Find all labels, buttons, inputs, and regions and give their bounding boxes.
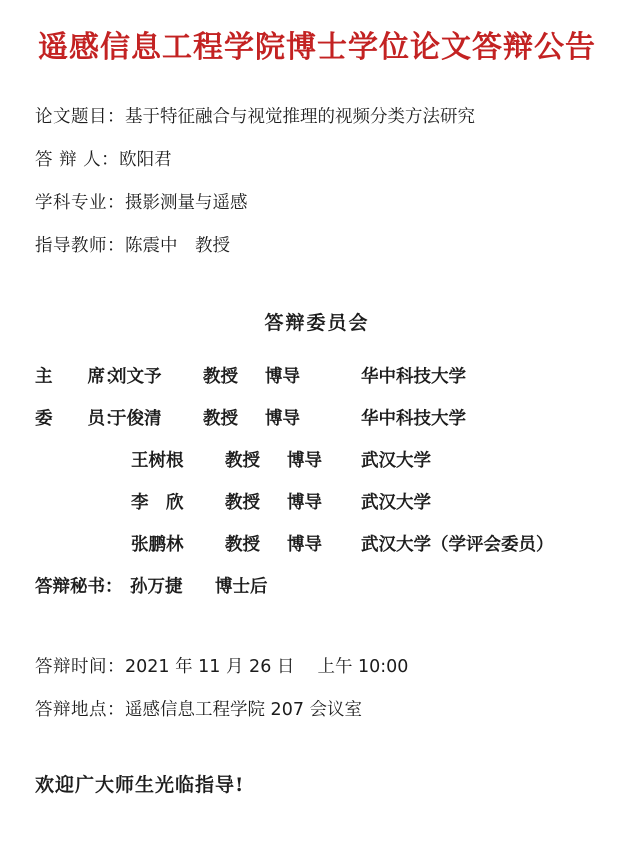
- defense-venue-label: 答辩地点：: [35, 700, 125, 720]
- secretary-row: 答辩秘书： 孙万捷 博士后: [35, 575, 599, 599]
- committee-heading: 答辩委员会: [35, 308, 599, 335]
- committee-row-chair: 主 席： 刘文予 教授 博导 华中科技大学: [35, 365, 599, 389]
- defense-time-value: 2021 年 11 月 26 日 上午 10:00: [125, 657, 408, 677]
- major-label: 学科专业：: [35, 193, 125, 213]
- committee-member-affiliation: 武汉大学（学评会委员）: [361, 533, 599, 557]
- committee-member-affiliation: 华中科技大学: [361, 365, 599, 389]
- committee-row-member: 王树根 教授 博导 武汉大学: [35, 449, 599, 473]
- committee-member-name: 王树根: [131, 449, 225, 473]
- defense-time-label: 答辩时间：: [35, 657, 125, 677]
- secretary-label: 答辩秘书：: [35, 575, 130, 599]
- major-row: 学科专业：摄影测量与遥感: [35, 191, 599, 215]
- defense-venue-value: 遥感信息工程学院 207 会议室: [125, 700, 362, 720]
- committee-role: 主 席：: [35, 365, 109, 389]
- committee-member-affiliation: 华中科技大学: [361, 407, 599, 431]
- secretary-title: 博士后: [215, 575, 268, 599]
- advisor-value: 陈震中 教授: [125, 236, 230, 256]
- info-section: 论文题目：基于特征融合与视觉推理的视频分类方法研究 答 辩 人：欧阳君 学科专业…: [35, 105, 599, 258]
- page-title: 遥感信息工程学院博士学位论文答辩公告: [35, 28, 599, 69]
- committee-member-title: 教授: [225, 449, 287, 473]
- defense-time-row: 答辩时间：2021 年 11 月 26 日 上午 10:00: [35, 655, 599, 679]
- welcome-note: 欢迎广大师生光临指导!: [35, 770, 599, 797]
- committee-member-name: 刘文予: [109, 365, 203, 389]
- defense-announcement-page: 遥感信息工程学院博士学位论文答辩公告 论文题目：基于特征融合与视觉推理的视频分类…: [0, 0, 633, 855]
- committee-member-supervisor: 博导: [265, 365, 361, 389]
- committee-role: 委 员：: [35, 407, 109, 431]
- committee-member-title: 教授: [225, 491, 287, 515]
- committee-row-member: 李 欣 教授 博导 武汉大学: [35, 491, 599, 515]
- committee-role: [35, 491, 109, 515]
- candidate-row: 答 辩 人：欧阳君: [35, 148, 599, 172]
- secretary-name: 孙万捷: [130, 575, 215, 599]
- committee-row-member: 委 员： 于俊清 教授 博导 华中科技大学: [35, 407, 599, 431]
- defense-venue-row: 答辩地点：遥感信息工程学院 207 会议室: [35, 698, 599, 722]
- committee-member-affiliation: 武汉大学: [361, 449, 599, 473]
- committee-table: 主 席： 刘文予 教授 博导 华中科技大学 委 员： 于俊清 教授 博导 华中科…: [35, 365, 599, 599]
- committee-member-name: 张鹏林: [131, 533, 225, 557]
- thesis-title-label: 论文题目：: [35, 107, 125, 127]
- committee-member-title: 教授: [203, 365, 265, 389]
- committee-member-title: 教授: [203, 407, 265, 431]
- candidate-label: 答 辩 人：: [35, 150, 119, 170]
- committee-member-supervisor: 博导: [287, 491, 383, 515]
- committee-role: [35, 533, 109, 557]
- committee-member-supervisor: 博导: [287, 533, 383, 557]
- committee-member-name: 李 欣: [131, 491, 225, 515]
- committee-member-name: 于俊清: [109, 407, 203, 431]
- committee-member-supervisor: 博导: [287, 449, 383, 473]
- committee-role: [35, 449, 109, 473]
- committee-member-affiliation: 武汉大学: [361, 491, 599, 515]
- committee-member-title: 教授: [225, 533, 287, 557]
- advisor-label: 指导教师：: [35, 236, 125, 256]
- major-value: 摄影测量与遥感: [125, 193, 248, 213]
- advisor-row: 指导教师：陈震中 教授: [35, 234, 599, 258]
- committee-member-supervisor: 博导: [265, 407, 361, 431]
- schedule-section: 答辩时间：2021 年 11 月 26 日 上午 10:00 答辩地点：遥感信息…: [35, 655, 599, 722]
- thesis-title-row: 论文题目：基于特征融合与视觉推理的视频分类方法研究: [35, 105, 599, 129]
- thesis-title-value: 基于特征融合与视觉推理的视频分类方法研究: [125, 107, 475, 127]
- candidate-value: 欧阳君: [119, 150, 172, 170]
- committee-row-member: 张鹏林 教授 博导 武汉大学（学评会委员）: [35, 533, 599, 557]
